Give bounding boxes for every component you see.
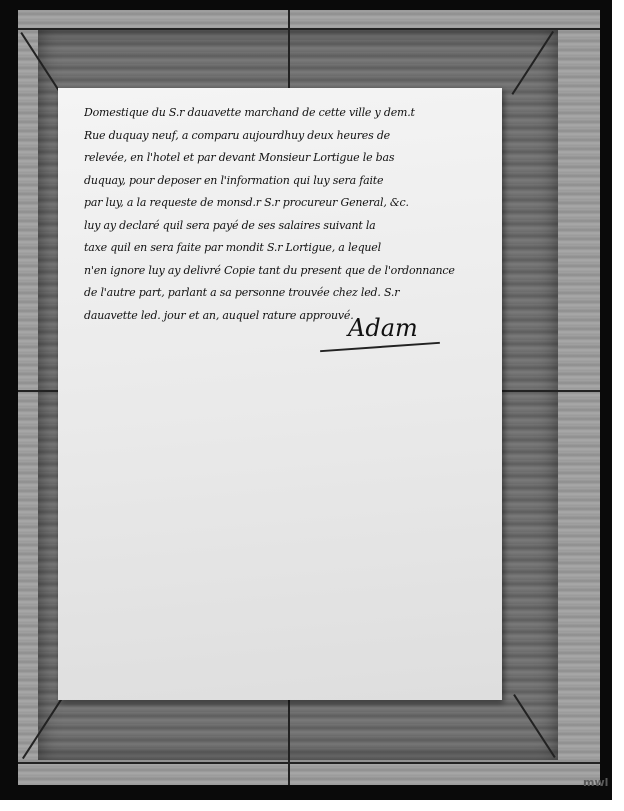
text-line: de l'autre part, parlant a sa personne t… [84, 282, 494, 305]
watermark: mwl [583, 776, 608, 789]
text-line: par luy, a la requeste de monsd.r S.r pr… [84, 192, 494, 215]
signature: Adam [348, 314, 418, 342]
manuscript-page: Domestique du S.r dauavette marchand de … [58, 88, 502, 700]
photo-frame: Domestique du S.r dauavette marchand de … [0, 0, 612, 800]
text-line: relevée, en l'hotel et par devant Monsie… [84, 147, 494, 170]
text-line: luy ay declaré quil sera payé de ses sal… [84, 215, 494, 238]
text-line: taxe quil en sera faite par mondit S.r L… [84, 237, 494, 260]
board-edge-bottom [18, 762, 600, 764]
signature-flourish [320, 342, 440, 352]
text-line: Domestique du S.r dauavette marchand de … [84, 102, 494, 125]
text-line: Rue duquay neuf, a comparu aujourdhuy de… [84, 125, 494, 148]
text-line: duquay, pour deposer en l'information qu… [84, 170, 494, 193]
text-line: dauavette led. jour et an, auquel rature… [84, 305, 494, 328]
board-edge-top [18, 28, 600, 30]
text-line: n'en ignore luy ay delivré Copie tant du… [84, 260, 494, 283]
handwritten-text: Domestique du S.r dauavette marchand de … [84, 102, 494, 327]
